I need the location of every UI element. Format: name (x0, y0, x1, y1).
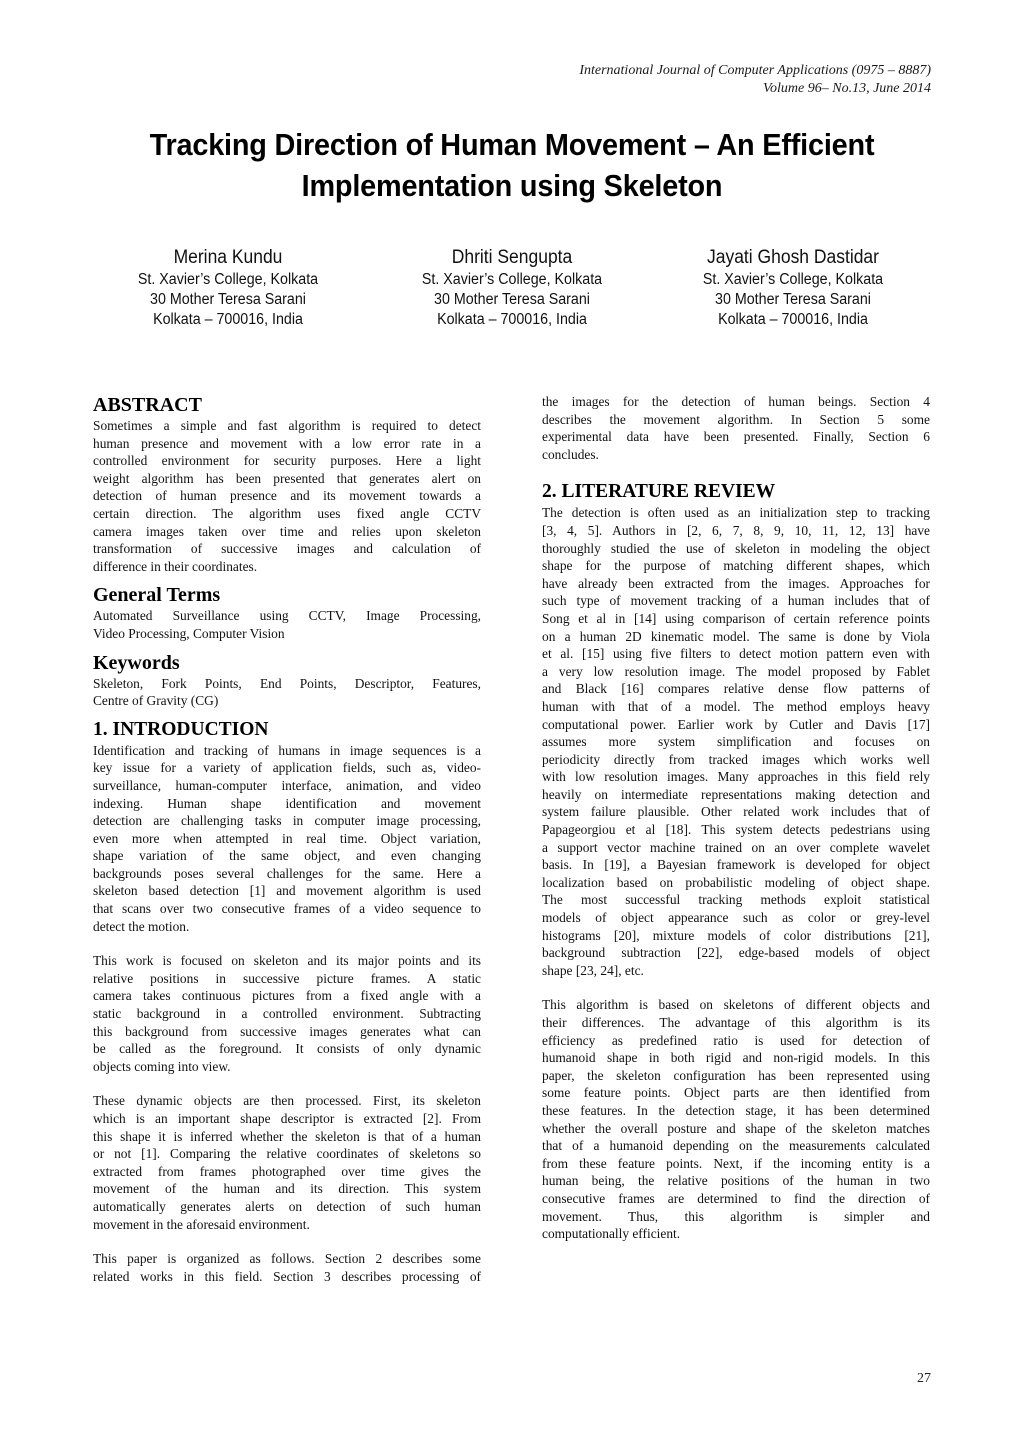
text-line: models of object appearance such as colo… (542, 909, 930, 927)
text-line: [3, 4, 5]. Authors in [2, 6, 7, 8, 9, 10… (542, 522, 930, 540)
text-line: detect the motion. (93, 918, 481, 936)
text-line: Centre of Gravity (CG) (93, 692, 481, 710)
author-address: 30 Mother Teresa Sarani (655, 290, 931, 310)
literature-review-paragraph-2: This algorithm is based on skeletons of … (542, 996, 930, 1242)
text-line: The detection is often used as an initia… (542, 504, 930, 522)
page-number: 27 (917, 1371, 931, 1387)
text-line: that of a humanoid depending on the meas… (542, 1137, 930, 1155)
author-affiliation: St. Xavier’s College, Kolkata (655, 270, 931, 290)
text-line: human with that of a model. The method e… (542, 698, 930, 716)
text-line: related works in this field. Section 3 d… (93, 1268, 481, 1286)
text-line: extracted from frames photographed over … (93, 1163, 481, 1181)
journal-volume: Volume 96– No.13, June 2014 (579, 80, 931, 98)
author-city: Kolkata – 700016, India (374, 310, 650, 330)
paper-title: Tracking Direction of Human Movement – A… (36, 124, 988, 206)
text-line: on a human 2D kinematic model. The same … (542, 628, 930, 646)
literature-review-heading: 2. LITERATURE REVIEW (542, 480, 930, 504)
introduction-paragraph-1: Identification and tracking of humans in… (93, 742, 481, 936)
text-line: have already been extracted from the ima… (542, 575, 930, 593)
author-1: Merina Kundu St. Xavier’s College, Kolka… (90, 246, 366, 330)
text-line: basis. In [19], a Bayesian framework is … (542, 856, 930, 874)
right-column: the images for the detection of human be… (542, 393, 930, 1243)
text-line: periodicity directly from tracked images… (542, 751, 930, 769)
introduction-continued: the images for the detection of human be… (542, 393, 930, 463)
text-line: objects coming into view. (93, 1058, 481, 1076)
text-line: transformation of successive images and … (93, 540, 481, 558)
text-line: efficiency as predefined ratio is used f… (542, 1032, 930, 1050)
author-2: Dhriti Sengupta St. Xavier’s College, Ko… (374, 246, 650, 330)
text-line: movement in the aforesaid environment. (93, 1216, 481, 1234)
text-line: humanoid shape in both rigid and non-rig… (542, 1049, 930, 1067)
literature-review-paragraph-1: The detection is often used as an initia… (542, 504, 930, 979)
author-city: Kolkata – 700016, India (655, 310, 931, 330)
text-line: localization based on probabilistic mode… (542, 874, 930, 892)
text-line: histograms [20], mixture models of color… (542, 927, 930, 945)
text-line: with low resolution images. Many approac… (542, 768, 930, 786)
text-line: weight algorithm has been presented that… (93, 470, 481, 488)
text-line: key issue for a variety of application f… (93, 759, 481, 777)
text-line: relative positions in successive picture… (93, 970, 481, 988)
text-line: describes the movement algorithm. In Sec… (542, 411, 930, 429)
journal-header: International Journal of Computer Applic… (579, 62, 931, 98)
text-line: difference in their coordinates. (93, 558, 481, 576)
text-line: concludes. (542, 446, 930, 464)
text-line: shape [23, 24], etc. (542, 962, 930, 980)
text-line: this shape it is inferred whether the sk… (93, 1128, 481, 1146)
text-line: et al. [15] using five filters to detect… (542, 645, 930, 663)
text-line: this background from successive images g… (93, 1023, 481, 1041)
keywords-heading: Keywords (93, 651, 481, 675)
author-affiliation: St. Xavier’s College, Kolkata (90, 270, 366, 290)
abstract-heading: ABSTRACT (93, 393, 481, 417)
introduction-paragraph-3: These dynamic objects are then processed… (93, 1092, 481, 1233)
text-line: This work is focused on skeleton and its… (93, 952, 481, 970)
text-line: human presence and movement with a low e… (93, 435, 481, 453)
text-line: some feature points. Object parts are th… (542, 1084, 930, 1102)
author-affiliation: St. Xavier’s College, Kolkata (374, 270, 650, 290)
text-line: Automated Surveillance using CCTV, Image… (93, 607, 481, 625)
text-line: be called as the foreground. It consists… (93, 1040, 481, 1058)
text-line: detection of human presence and its move… (93, 487, 481, 505)
introduction-paragraph-2: This work is focused on skeleton and its… (93, 952, 481, 1075)
text-line: these features. In the detection stage, … (542, 1102, 930, 1120)
text-line: background subtraction [22], edge-based … (542, 944, 930, 962)
text-line: Video Processing, Computer Vision (93, 625, 481, 643)
text-line: the images for the detection of human be… (542, 393, 930, 411)
text-line: consecutive frames are determined to fin… (542, 1190, 930, 1208)
text-line: backgrounds poses several challenges for… (93, 865, 481, 883)
text-line: shape variation of the same object, and … (93, 847, 481, 865)
text-line: which is an important shape descriptor i… (93, 1110, 481, 1128)
text-line: human being, the relative positions of t… (542, 1172, 930, 1190)
text-line: Sometimes a simple and fast algorithm is… (93, 417, 481, 435)
text-line: even more when attempted in real time. O… (93, 830, 481, 848)
text-line: whether the overall posture and shape of… (542, 1120, 930, 1138)
general-terms-heading: General Terms (93, 583, 481, 607)
author-address: 30 Mother Teresa Sarani (374, 290, 650, 310)
general-terms-body: Automated Surveillance using CCTV, Image… (93, 607, 481, 642)
text-line: detection are challenging tasks in compu… (93, 812, 481, 830)
abstract-body: Sometimes a simple and fast algorithm is… (93, 417, 481, 575)
text-line: This algorithm is based on skeletons of … (542, 996, 930, 1014)
text-line: The most successful tracking methods exp… (542, 891, 930, 909)
text-line: indexing. Human shape identification and… (93, 795, 481, 813)
text-line: movement of the human and its direction.… (93, 1180, 481, 1198)
text-line: heavily on intermediate representations … (542, 786, 930, 804)
text-line: experimental data have been presented. F… (542, 428, 930, 446)
text-line: system failure plausible. Other related … (542, 803, 930, 821)
text-line: shape for the purpose of matching differ… (542, 557, 930, 575)
text-line: certain direction. The algorithm uses fi… (93, 505, 481, 523)
text-line: skeleton based detection [1] and movemen… (93, 882, 481, 900)
text-line: a support vector machine trained on an o… (542, 839, 930, 857)
text-line: assumes more system simplification and f… (542, 733, 930, 751)
text-line: from these feature points. Next, if the … (542, 1155, 930, 1173)
text-line: surveillance, human-computer interface, … (93, 777, 481, 795)
text-line: Identification and tracking of humans in… (93, 742, 481, 760)
author-name: Jayati Ghosh Dastidar (655, 246, 931, 270)
introduction-paragraph-4: This paper is organized as follows. Sect… (93, 1250, 481, 1285)
text-line: movement. Thus, this algorithm is simple… (542, 1208, 930, 1226)
author-name: Dhriti Sengupta (374, 246, 650, 270)
text-line: Skeleton, Fork Points, End Points, Descr… (93, 675, 481, 693)
left-column: ABSTRACT Sometimes a simple and fast alg… (93, 393, 481, 1285)
title-line-2: Implementation using Skeleton (36, 165, 988, 206)
text-line: their differences. The advantage of this… (542, 1014, 930, 1032)
text-line: controlled environment for security purp… (93, 452, 481, 470)
text-line: computational power. Earlier work by Cut… (542, 716, 930, 734)
author-city: Kolkata – 700016, India (90, 310, 366, 330)
text-line: automatically generates alerts on detect… (93, 1198, 481, 1216)
text-line: computationally efficient. (542, 1225, 930, 1243)
introduction-heading: 1. INTRODUCTION (93, 718, 481, 742)
author-name: Merina Kundu (90, 246, 366, 270)
text-line: This paper is organized as follows. Sect… (93, 1250, 481, 1268)
journal-name: International Journal of Computer Applic… (579, 62, 931, 80)
text-line: or not [1]. Comparing the relative coord… (93, 1145, 481, 1163)
text-line: and Black [16] compares relative dense f… (542, 680, 930, 698)
text-line: thoroughly studied the use of skeleton i… (542, 540, 930, 558)
keywords-body: Skeleton, Fork Points, End Points, Descr… (93, 675, 481, 710)
text-line: static background in a controlled enviro… (93, 1005, 481, 1023)
author-address: 30 Mother Teresa Sarani (90, 290, 366, 310)
text-line: camera images taken over time and relies… (93, 523, 481, 541)
author-3: Jayati Ghosh Dastidar St. Xavier’s Colle… (655, 246, 931, 330)
text-line: paper, the skeleton configuration has be… (542, 1067, 930, 1085)
text-line: camera takes continuous pictures from a … (93, 987, 481, 1005)
text-line: Song et al in [14] using comparison of c… (542, 610, 930, 628)
text-line: a very low resolution image. The model p… (542, 663, 930, 681)
title-line-1: Tracking Direction of Human Movement – A… (36, 124, 988, 165)
text-line: that scans over two consecutive frames o… (93, 900, 481, 918)
text-line: Papageorgiou et al [18]. This system det… (542, 821, 930, 839)
text-line: These dynamic objects are then processed… (93, 1092, 481, 1110)
text-line: such type of movement tracking of a huma… (542, 592, 930, 610)
